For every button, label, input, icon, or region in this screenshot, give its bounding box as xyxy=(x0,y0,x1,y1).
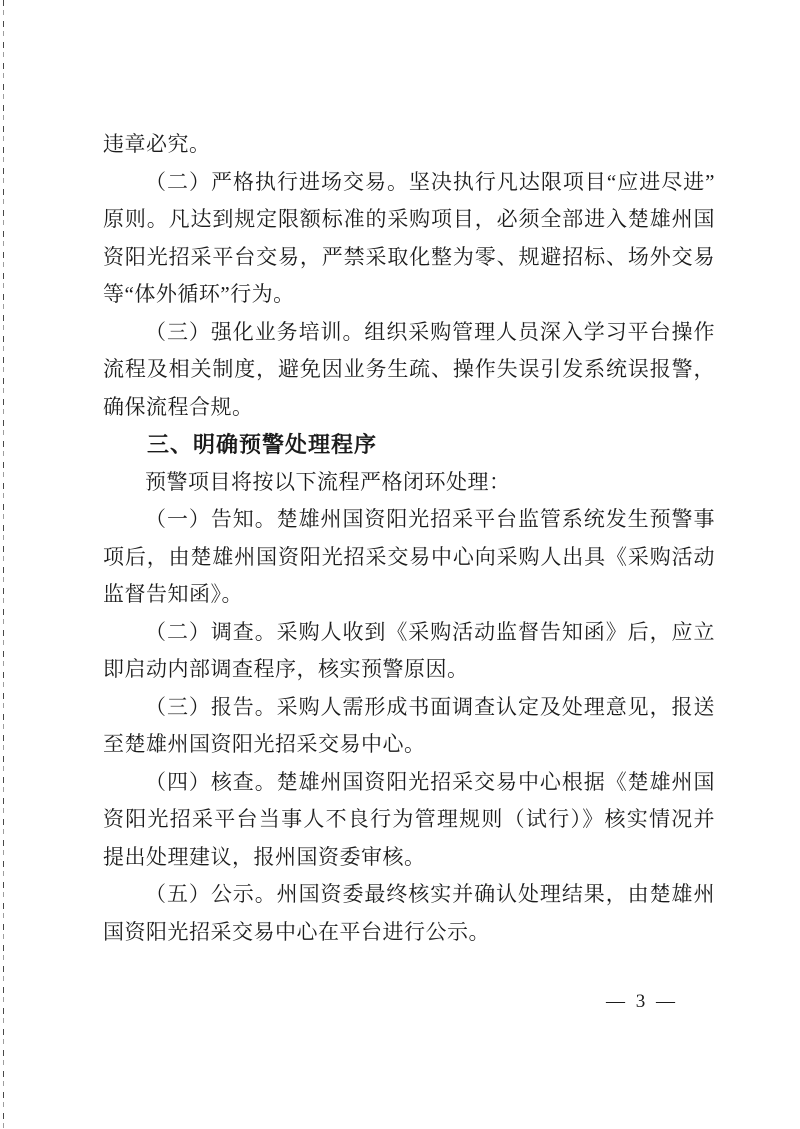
text-line: （三）强化业务培训。组织采购管理人员深入学习平台操作 xyxy=(103,314,715,352)
text-line: （二）严格执行进场交易。坚决执行凡达限项目“应进尽进” xyxy=(103,164,715,202)
text-line: 项后，由楚雄州国资阳光招采交易中心向采购人出具《采购活动 xyxy=(103,539,715,577)
text-line: 流程及相关制度，避免因业务生疏、操作失误引发系统误报警， xyxy=(103,351,715,389)
scanned-document-page: 违章必究。 （二）严格执行进场交易。坚决执行凡达限项目“应进尽进” 原则。凡达到… xyxy=(0,0,800,1129)
text-line: 预警项目将按以下流程严格闭环处理： xyxy=(103,464,715,502)
section-heading: 三、明确预警处理程序 xyxy=(103,426,715,464)
text-line: 提出处理建议，报州国资委审核。 xyxy=(103,839,715,877)
text-line: 原则。凡达到规定限额标准的采购项目，必须全部进入楚雄州国 xyxy=(103,201,715,239)
scan-edge-artifact xyxy=(3,0,4,1129)
text-line: 等“体外循环”行为。 xyxy=(103,276,715,314)
text-line: （四）核查。楚雄州国资阳光招采交易中心根据《楚雄州国 xyxy=(103,764,715,802)
document-body: 违章必究。 （二）严格执行进场交易。坚决执行凡达限项目“应进尽进” 原则。凡达到… xyxy=(103,126,715,951)
text-line: 至楚雄州国资阳光招采交易中心。 xyxy=(103,726,715,764)
text-line: 资阳光招采平台当事人不良行为管理规则（试行）》核实情况并 xyxy=(103,801,715,839)
text-line: （三）报告。采购人需形成书面调查认定及处理意见，报送 xyxy=(103,689,715,727)
text-line: （一）告知。楚雄州国资阳光招采平台监管系统发生预警事 xyxy=(103,501,715,539)
page-number: — 3 — xyxy=(606,991,678,1013)
text-line: 即启动内部调查程序，核实预警原因。 xyxy=(103,651,715,689)
text-line: 违章必究。 xyxy=(103,126,715,164)
text-line: 确保流程合规。 xyxy=(103,389,715,427)
text-line: 资阳光招采平台交易，严禁采取化整为零、规避招标、场外交易 xyxy=(103,239,715,277)
text-line: （五）公示。州国资委最终核实并确认处理结果，由楚雄州 xyxy=(103,876,715,914)
text-line: 监督告知函》。 xyxy=(103,576,715,614)
text-line: （二）调查。采购人收到《采购活动监督告知函》后，应立 xyxy=(103,614,715,652)
text-line: 国资阳光招采交易中心在平台进行公示。 xyxy=(103,914,715,952)
